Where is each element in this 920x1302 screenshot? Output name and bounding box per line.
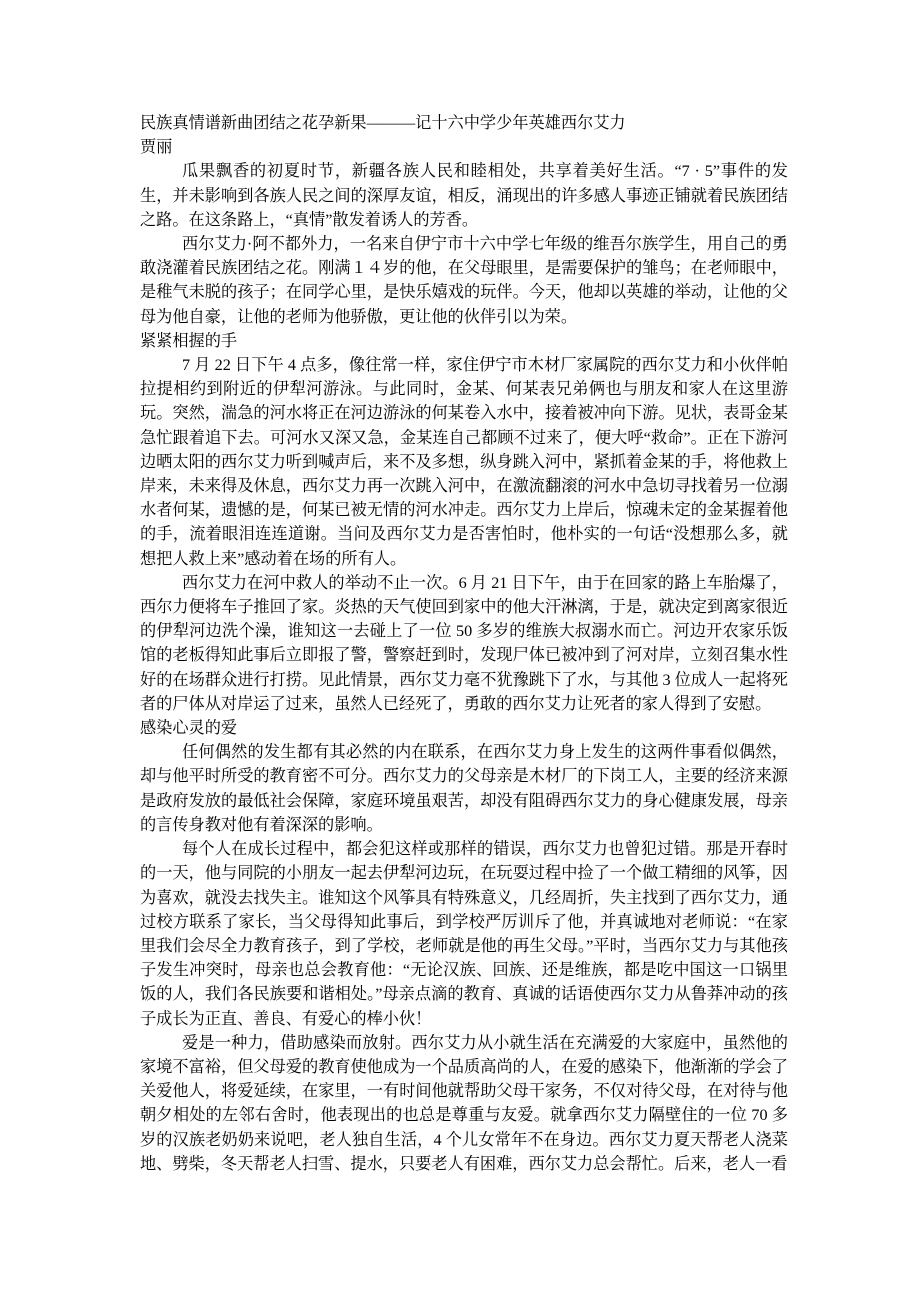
section-heading: 感染心灵的爱: [140, 716, 788, 740]
document-body: 瓜果飘香的初夏时节，新疆各族人民和睦相处，共享着美好生活。“7 · 5”事件的发…: [140, 159, 788, 1176]
body-paragraph: 西尔艾力在河中救人的举动不止一次。6 月 21 日下午，由于在回家的路上车胎爆了…: [140, 571, 788, 716]
body-paragraph: 爱是一种力，借助感染而放射。西尔艾力从小就生活在充满爱的大家庭中，虽然他的家境不…: [140, 1031, 788, 1176]
body-paragraph: 西尔艾力·阿不都外力，一名来自伊宁市十六中学七年级的维吾尔族学生，用自己的勇敢浇…: [140, 232, 788, 329]
body-paragraph: 任何偶然的发生都有其必然的内在联系，在西尔艾力身上发生的这两件事看似偶然，却与他…: [140, 740, 788, 837]
document-author: 贾丽: [140, 135, 788, 159]
document-content: 民族真情谱新曲团结之花孕新果———记十六中学少年英雄西尔艾力 贾丽 瓜果飘香的初…: [140, 111, 788, 1176]
document-title: 民族真情谱新曲团结之花孕新果———记十六中学少年英雄西尔艾力: [140, 111, 788, 135]
document-page: 民族真情谱新曲团结之花孕新果———记十六中学少年英雄西尔艾力 贾丽 瓜果飘香的初…: [0, 0, 920, 1302]
section-heading: 紧紧相握的手: [140, 329, 788, 353]
body-paragraph: 每个人在成长过程中，都会犯这样或那样的错误，西尔艾力也曾犯过错。那是开春时的一天…: [140, 837, 788, 1031]
body-paragraph: 7 月 22 日下午 4 点多，像往常一样，家住伊宁市木材厂家属院的西尔艾力和小…: [140, 353, 788, 571]
body-paragraph: 瓜果飘香的初夏时节，新疆各族人民和睦相处，共享着美好生活。“7 · 5”事件的发…: [140, 159, 788, 232]
